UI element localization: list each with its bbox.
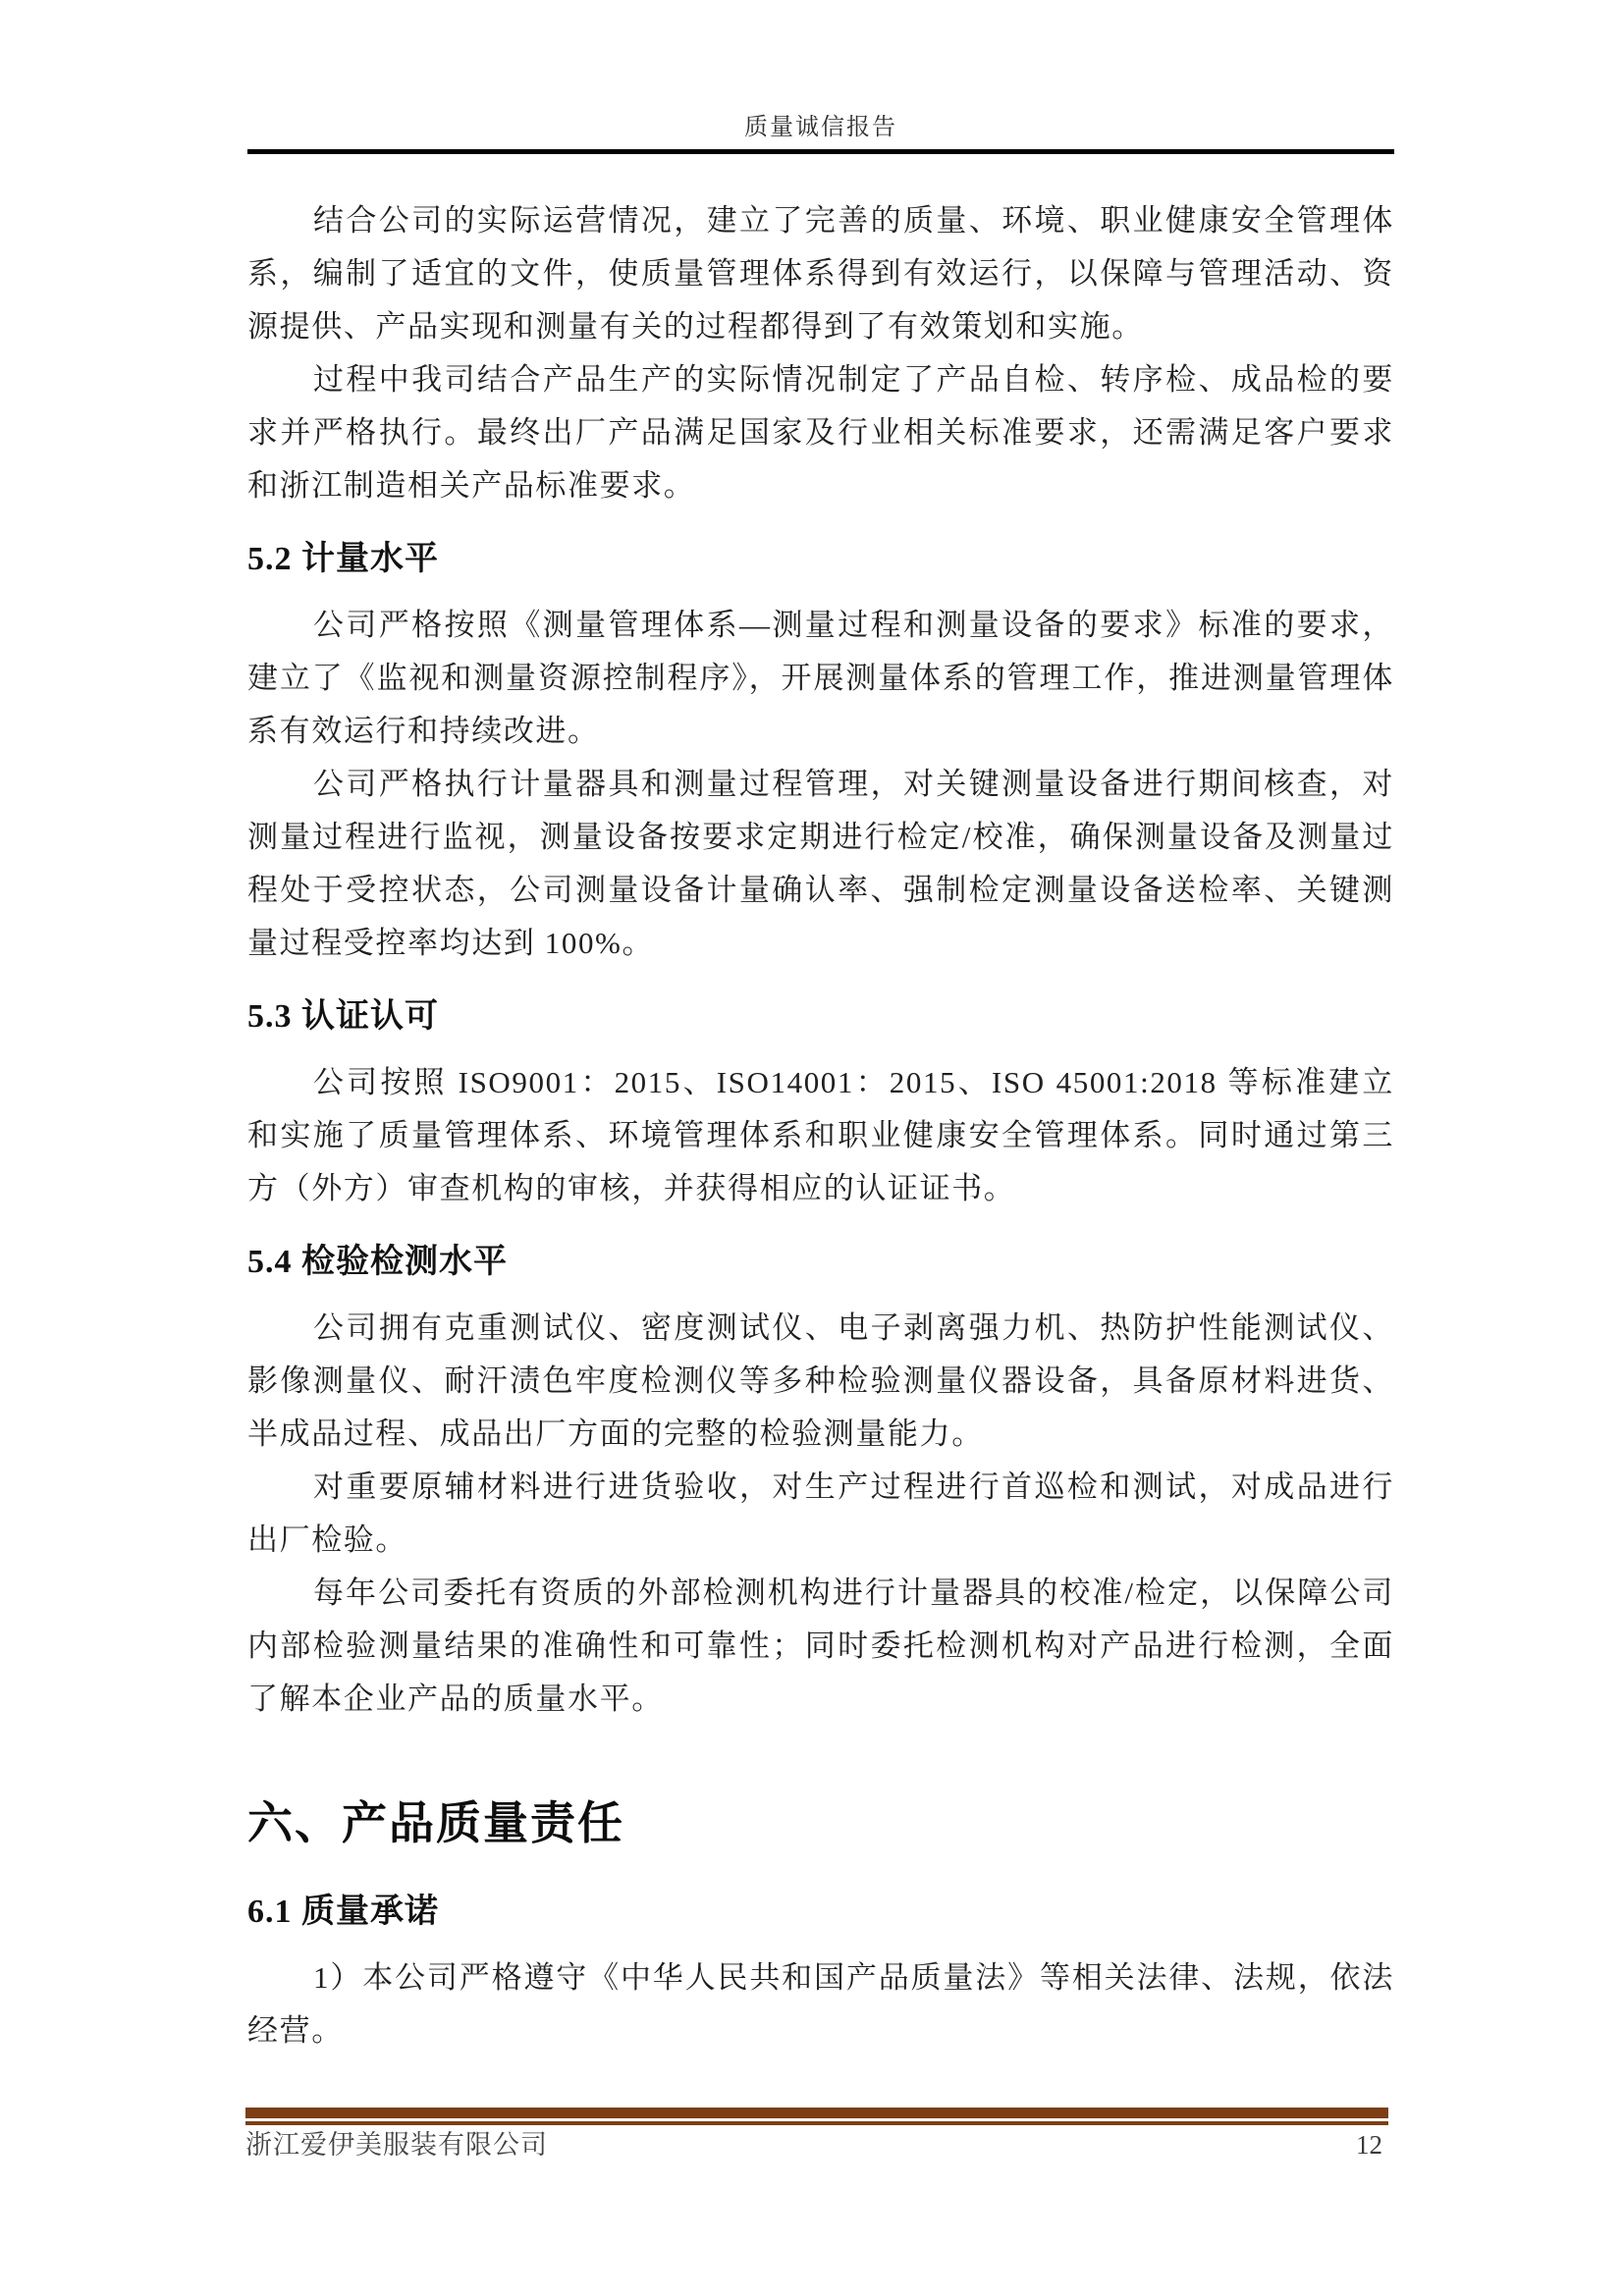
- page-number: 12: [1356, 2128, 1382, 2162]
- section-heading-5-4: 5.4 检验检测水平: [247, 1243, 1394, 1282]
- header-rule: [247, 149, 1394, 154]
- header-title: 质量诚信报告: [247, 114, 1394, 141]
- page-body: 结合公司的实际运营情况，建立了完善的质量、环境、职业健康安全管理体系，编制了适宜…: [247, 194, 1394, 2057]
- section-heading-6-1: 6.1 质量承诺: [247, 1893, 1394, 1932]
- section-6-1-paragraph-1: 1）本公司严格遵守《中华人民共和国产品质量法》等相关法律、法规，依法经营。: [247, 1951, 1394, 2057]
- page-footer: 浙江爱伊美服装有限公司 12: [245, 2128, 1382, 2162]
- section-5-4-paragraph-3: 每年公司委托有资质的外部检测机构进行计量器具的校准/检定，以保障公司内部检验测量…: [247, 1567, 1394, 1726]
- section-heading-5-2: 5.2 计量水平: [247, 540, 1394, 579]
- section-5-2-paragraph-2: 公司严格执行计量器具和测量过程管理，对关键测量设备进行期间核查，对测量过程进行监…: [247, 758, 1394, 970]
- section-5-3-paragraph-1: 公司按照 ISO9001：2015、ISO14001：2015、ISO 4500…: [247, 1056, 1394, 1215]
- footer-company-name: 浙江爱伊美服装有限公司: [245, 2128, 548, 2162]
- intro-paragraph-2: 过程中我司结合产品生产的实际情况制定了产品自检、转序检、成品检的要求并严格执行。…: [247, 353, 1394, 512]
- page-header: 质量诚信报告: [247, 114, 1394, 141]
- footer-rule-thin: [245, 2121, 1388, 2125]
- document-page: 质量诚信报告 结合公司的实际运营情况，建立了完善的质量、环境、职业健康安全管理体…: [0, 0, 1624, 2296]
- footer-rule-thick: [245, 2108, 1388, 2118]
- section-heading-5-3: 5.3 认证认可: [247, 997, 1394, 1037]
- section-5-4-paragraph-1: 公司拥有克重测试仪、密度测试仪、电子剥离强力机、热防护性能测试仪、影像测量仪、耐…: [247, 1302, 1394, 1461]
- intro-paragraph-1: 结合公司的实际运营情况，建立了完善的质量、环境、职业健康安全管理体系，编制了适宜…: [247, 194, 1394, 353]
- section-5-2-paragraph-1: 公司严格按照《测量管理体系—测量过程和测量设备的要求》标准的要求，建立了《监视和…: [247, 599, 1394, 758]
- section-5-4-paragraph-2: 对重要原辅材料进行进货验收，对生产过程进行首巡检和测试，对成品进行出厂检验。: [247, 1461, 1394, 1567]
- chapter-heading-6: 六、产品质量责任: [247, 1796, 1394, 1851]
